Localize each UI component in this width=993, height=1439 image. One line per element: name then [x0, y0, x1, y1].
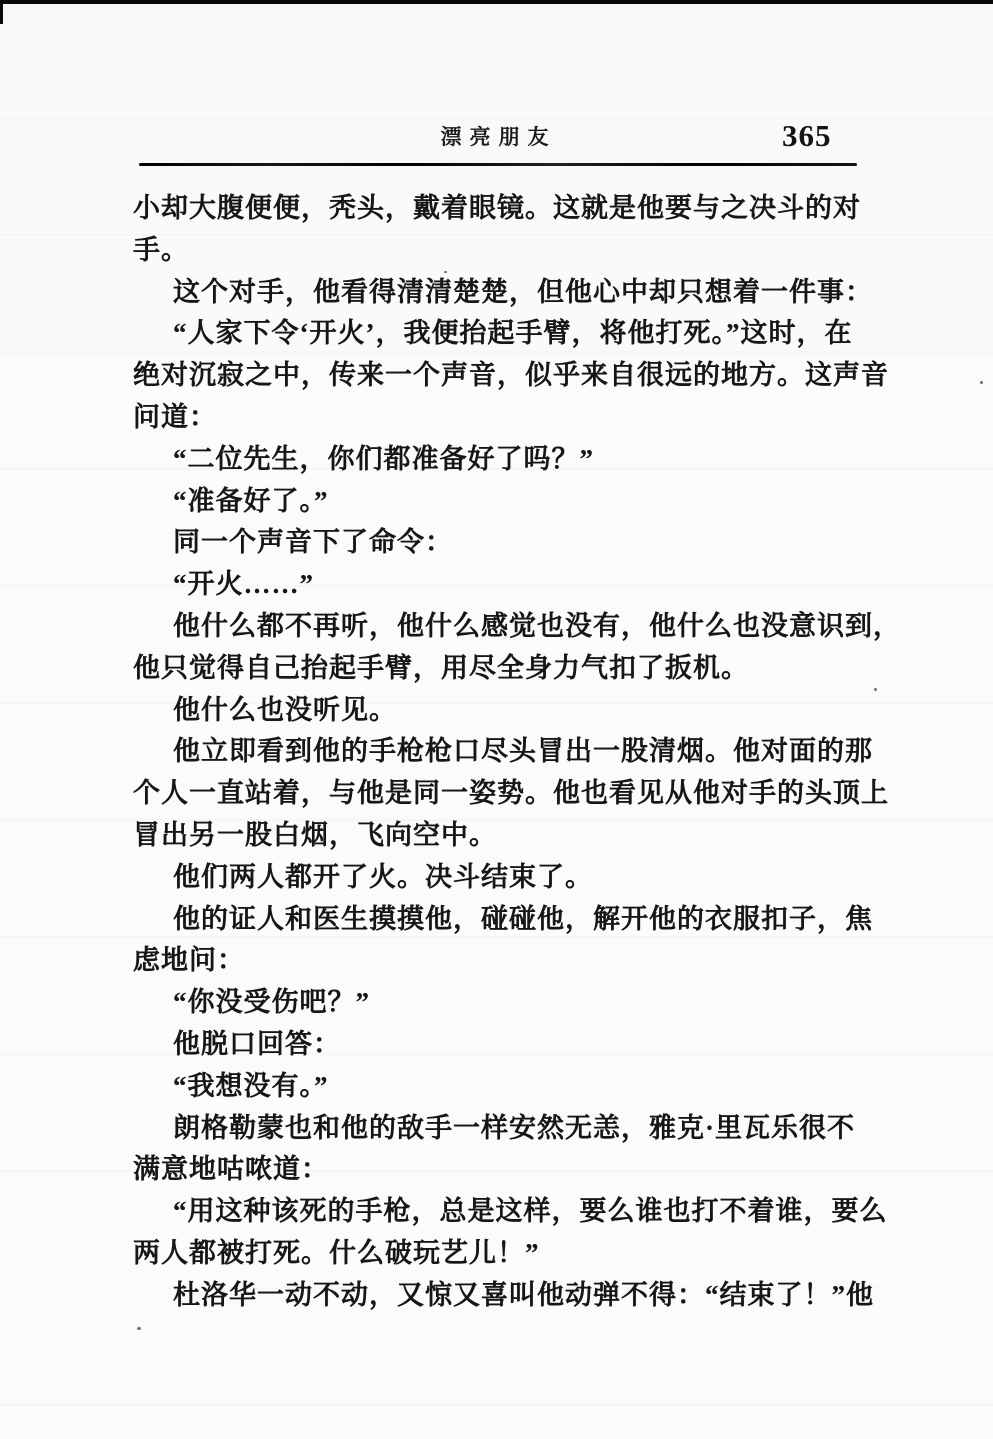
text-line: 小却大腹便便，秃头，戴着眼镜。这就是他要与之决斗的对 [133, 188, 873, 230]
text-line: 满意地咕哝道： [133, 1149, 873, 1191]
text-line: “二位先生，你们都准备好了吗？” [133, 439, 873, 481]
header-rule [139, 163, 857, 166]
scan-speckle [444, 271, 447, 273]
text-line: 问道： [133, 397, 873, 439]
text-line: 他什么也没听见。 [133, 690, 873, 732]
text-line: 他脱口回答： [133, 1024, 873, 1066]
text-line: 绝对沉寂之中，传来一个声音，似乎来自很远的地方。这声音 [133, 355, 873, 397]
text-line: 个人一直站着，与他是同一姿势。他也看见从他对手的头顶上 [133, 773, 873, 815]
text-line: 两人都被打死。什么破玩艺儿！” [133, 1233, 873, 1275]
body-text-block: 小却大腹便便，秃头，戴着眼镜。这就是他要与之决斗的对 手。 这个对手，他看得清清… [133, 188, 873, 1317]
scan-speckle [874, 688, 877, 691]
text-line: “用这种该死的手枪，总是这样，要么谁也打不着谁，要么 [133, 1191, 873, 1233]
text-line: “我想没有。” [133, 1066, 873, 1108]
page-number: 365 [782, 118, 857, 154]
text-line: 他只觉得自己抬起手臂，用尽全身力气扣了扳机。 [133, 648, 873, 690]
text-line: 他立即看到他的手枪枪口尽头冒出一股清烟。他对面的那 [133, 731, 873, 773]
scan-artifact-left-edge [0, 0, 3, 24]
text-line: 朗格勒蒙也和他的敌手一样安然无恙，雅克·里瓦乐很不 [133, 1108, 873, 1150]
text-line: 杜洛华一动不动，又惊又喜叫他动弹不得：“结束了！”他 [133, 1275, 873, 1317]
scan-artifact-top-bar [0, 0, 993, 4]
text-line: “你没受伤吧？” [133, 982, 873, 1024]
scan-speckle [980, 381, 983, 384]
text-line: “开火……” [133, 564, 873, 606]
scanned-book-page: { "page": { "header": { "title": "漂亮朋友",… [0, 0, 993, 1439]
text-line: 他什么都不再听，他什么感觉也没有，他什么也没意识到， [133, 606, 873, 648]
text-line: 他的证人和医生摸摸他，碰碰他，解开他的衣服扣子，焦 [133, 899, 873, 941]
text-line: “准备好了。” [133, 481, 873, 523]
text-line: 这个对手，他看得清清楚楚，但他心中却只想着一件事： [133, 272, 873, 314]
text-line: 同一个声音下了命令： [133, 522, 873, 564]
text-line: “人家下令‘开火’，我便抬起手臂，将他打死。”这时，在 [133, 313, 873, 355]
text-line: 他们两人都开了火。决斗结束了。 [133, 857, 873, 899]
text-line: 手。 [133, 230, 873, 272]
text-line: 冒出另一股白烟，飞向空中。 [133, 815, 873, 857]
running-header-title: 漂亮朋友 [140, 121, 857, 151]
scan-speckle [137, 1327, 141, 1330]
text-line: 虑地问： [133, 940, 873, 982]
